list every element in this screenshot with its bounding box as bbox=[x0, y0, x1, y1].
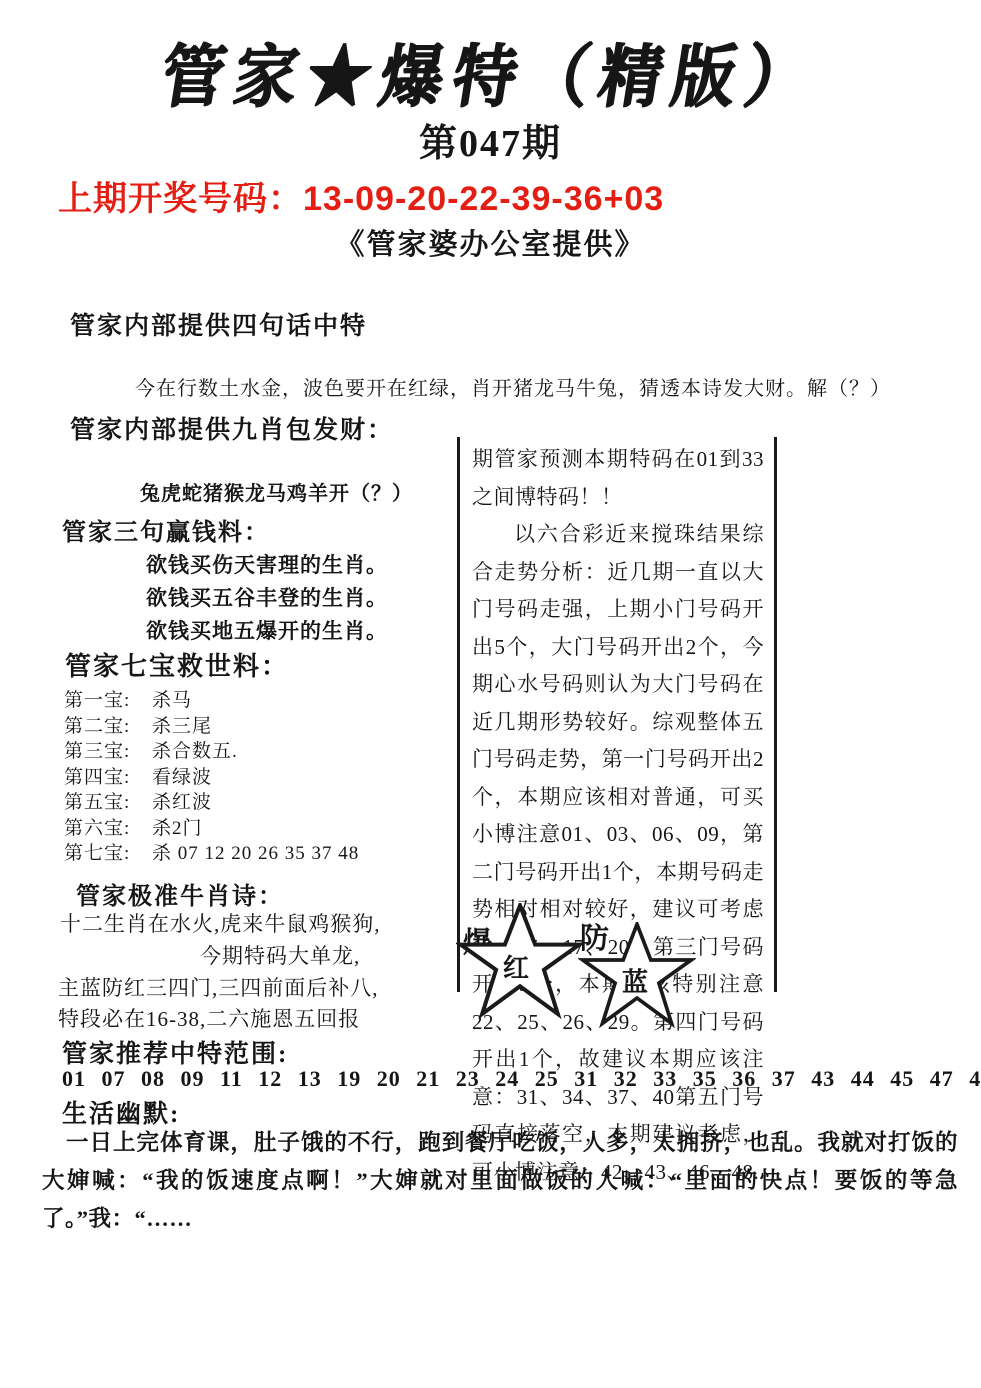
treasure-value: 杀马 bbox=[152, 690, 192, 711]
range-header: 管家推荐中特范围: bbox=[62, 1034, 288, 1070]
tip-line: 欲钱买地五爆开的生肖。 bbox=[146, 615, 388, 648]
treasure-label: 第五宝: bbox=[64, 790, 152, 816]
nine-zodiac-header: 管家内部提供九肖包发财： bbox=[70, 410, 394, 446]
page-title: 管家★爆特（精版） bbox=[0, 22, 981, 120]
four-sentence-header: 管家内部提供四句话中特 bbox=[70, 306, 367, 342]
tip-sheet-page: 管家★爆特（精版） 第047期 上期开奖号码：13-09-20-22-39-36… bbox=[0, 0, 981, 1388]
range-numbers: 01 07 08 09 11 12 13 19 20 21 23 24 25 3… bbox=[62, 1066, 981, 1092]
treasure-value: 杀三尾 bbox=[152, 716, 212, 737]
treasure-value: 杀红波 bbox=[152, 792, 212, 813]
poem-line: 特段必在16-38,二六施恩五回报 bbox=[58, 1003, 360, 1033]
zodiac-poem-header: 管家极准牛肖诗： bbox=[76, 876, 284, 911]
last-draw-numbers: 上期开奖号码：13-09-20-22-39-36+03 bbox=[58, 171, 664, 220]
red-star-text: 红 bbox=[503, 948, 529, 985]
treasure-row: 第四宝:看绿波 bbox=[64, 765, 359, 791]
treasure-value: 杀 07 12 20 26 35 37 48 bbox=[152, 843, 359, 864]
treasure-row: 第五宝:杀红波 bbox=[64, 790, 359, 816]
humor-body: 一日上完体育课，肚子饿的不行，跑到餐厅吃饭，人多，太拥挤，也乱。我就对打饭的大婶… bbox=[42, 1124, 958, 1238]
treasure-label: 第一宝: bbox=[64, 688, 152, 714]
poem-line: 今期特码大单龙, bbox=[200, 940, 360, 970]
seven-treasures-header: 管家七宝救世料： bbox=[65, 646, 289, 683]
treasure-row: 第三宝:杀合数五. bbox=[64, 739, 359, 765]
tip-line: 欲钱买伤天害理的生肖。 bbox=[146, 549, 388, 582]
treasure-value: 杀合数五. bbox=[152, 741, 238, 762]
treasure-label: 第四宝: bbox=[64, 765, 152, 791]
treasure-label: 第七宝: bbox=[64, 841, 152, 867]
provider-line: 《管家婆办公室提供》 bbox=[0, 222, 981, 263]
treasure-value: 看绿波 bbox=[152, 767, 212, 788]
blue-star-text: 蓝 bbox=[622, 962, 648, 999]
poem-line: 十二生肖在水火,虎来牛鼠鸡猴狗, bbox=[60, 908, 381, 938]
three-tips-list: 欲钱买伤天害理的生肖。 欲钱买五谷丰登的生肖。 欲钱买地五爆开的生肖。 bbox=[146, 549, 388, 648]
three-tips-header: 管家三句赢钱料： bbox=[62, 512, 270, 547]
treasure-label: 第三宝: bbox=[64, 739, 152, 765]
treasure-row: 第七宝:杀 07 12 20 26 35 37 48 bbox=[64, 841, 359, 867]
treasure-value: 杀2门 bbox=[152, 818, 203, 839]
seven-treasures-list: 第一宝:杀马 第二宝:杀三尾 第三宝:杀合数五. 第四宝:看绿波 第五宝:杀红波… bbox=[64, 688, 359, 867]
four-sentence-body: 今在行数土水金，波色要开在红绿，肖开猪龙马牛兔，猜透本诗发大财。解（？） bbox=[135, 372, 891, 401]
issue-number: 第047期 bbox=[0, 112, 981, 167]
treasure-row: 第一宝:杀马 bbox=[64, 688, 359, 714]
treasure-row: 第二宝:杀三尾 bbox=[64, 714, 359, 740]
tip-line: 欲钱买五谷丰登的生肖。 bbox=[146, 582, 388, 615]
poem-line: 主蓝防红三四门,三四前面后补八, bbox=[58, 972, 379, 1002]
treasure-row: 第六宝:杀2门 bbox=[64, 816, 359, 842]
analysis-intro: 期管家预测本期特码在01到33之间博特码！！ bbox=[472, 441, 764, 516]
treasure-label: 第二宝: bbox=[64, 714, 152, 740]
nine-zodiac-body: 兔虎蛇猪猴龙马鸡羊开（？） bbox=[140, 477, 413, 506]
treasure-label: 第六宝: bbox=[64, 816, 152, 842]
